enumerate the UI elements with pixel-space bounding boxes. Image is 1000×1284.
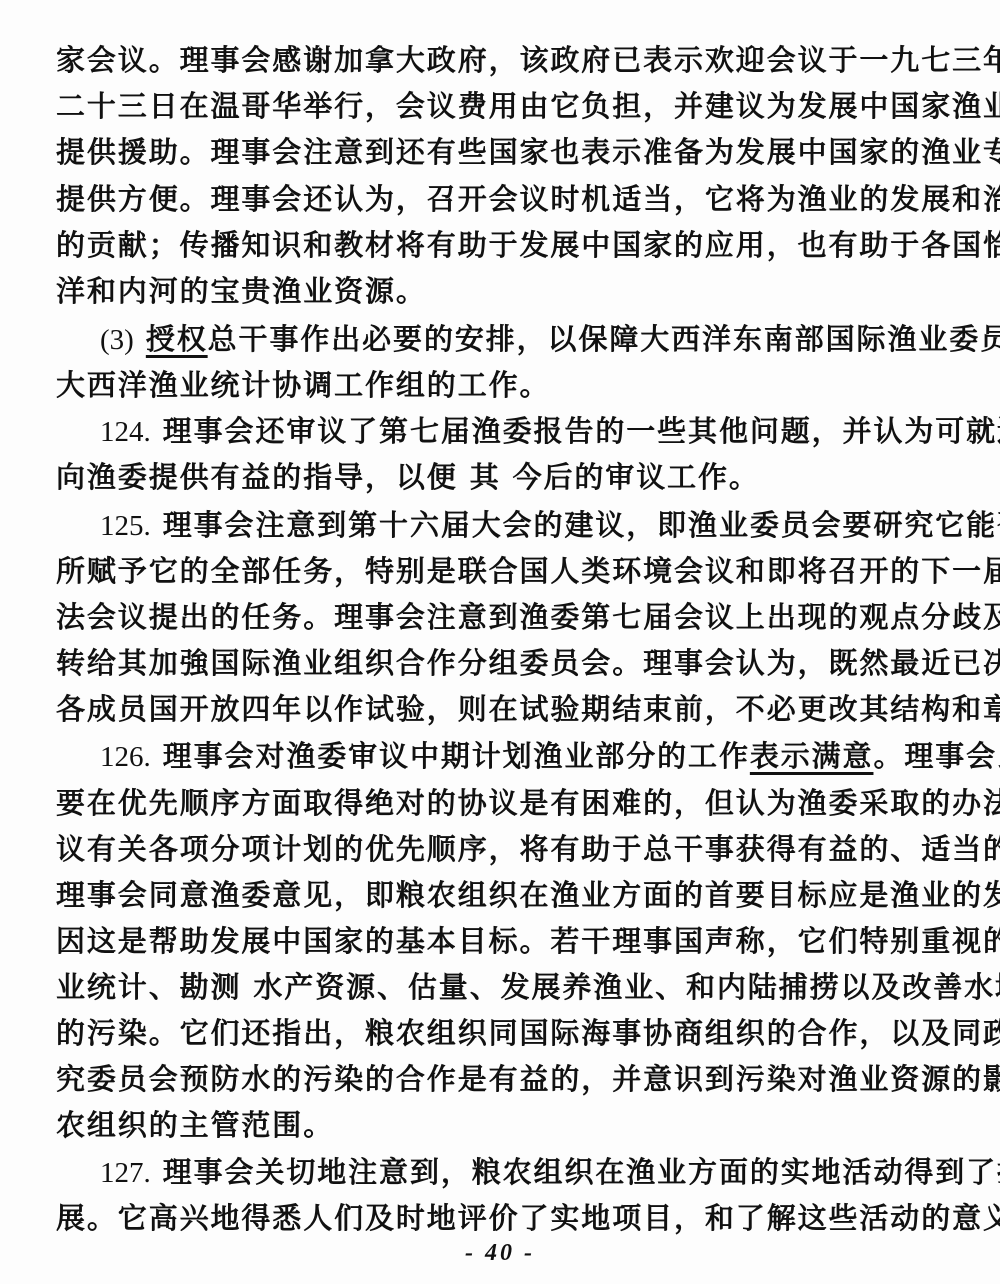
text-line: 究委员会预防水的污染的合作是有益的，并意识到污染对渔业资源的影响是属于粮 xyxy=(56,1056,946,1102)
text-line: 家会议。理事会感谢加拿大政府，该政府已表示欢迎会议于一九七三年二月十三至 xyxy=(56,37,946,83)
paragraph-125: 125.理事会注意到第十六届大会的建议，即渔业委员会要研究它能否担负起 xyxy=(100,502,946,548)
text-line: 展。它高兴地得悉人们及时地评价了实地项目，和了解这些活动的意义，以便及时 xyxy=(56,1195,946,1241)
text-line: 各成员国开放四年以作试验，则在试验期结束前，不必更改其结构和章程。 xyxy=(56,686,946,732)
paragraph-124: 124.理事会还审议了第七届渔委报告的一些其他问题，并认为可就这类问题 xyxy=(100,408,946,454)
text-segment: 理事会对渔委审议中期计划渔业部分的工作 xyxy=(163,739,750,773)
page-number: - 40 - xyxy=(0,1240,1000,1267)
text-line: 法会议提出的任务。理事会注意到渔委第七届会议上出现的观点分歧及决定把问题 xyxy=(56,594,946,640)
paragraph-number: 124. xyxy=(100,416,151,448)
text-line: 所赋予它的全部任务，特别是联合国人类环境会议和即将召开的下一届联合国海洋 xyxy=(56,548,946,594)
paragraph-item-3: (3)授权总干事作出必要的安排，以保障大西洋东南部国际渔业委员会参加 xyxy=(100,316,946,362)
text-segment: 总干事作出必要的安排，以保障大西洋东南部国际渔业委员会参加 xyxy=(208,322,1000,356)
text-line: 要在优先顺序方面取得绝对的协议是有困难的，但认为渔委采取的办法，即全面审 xyxy=(56,780,946,826)
text-segment: 理事会关切地注意到，粮农组织在渔业方面的实地活动得到了持续的发 xyxy=(163,1155,1000,1189)
paragraph-127: 127.理事会关切地注意到，粮农组织在渔业方面的实地活动得到了持续的发 xyxy=(100,1149,946,1195)
text-line: 因这是帮助发展中国家的基本目标。若干理事国声称，它们特别重视的工作是：渔 xyxy=(56,918,946,964)
text-line: 理事会同意渔委意见，即粮农组织在渔业方面的首要目标应是渔业的发展和治理， xyxy=(56,872,946,918)
text-line: 的贡献；传播知识和教材将有助于发展中国家的应用，也有助于各国恰当地开发海 xyxy=(56,222,946,268)
text-line: 业统计、勘测 水产资源、估量、发展养渔业、和内陆捕捞以及改善水域和预防水 xyxy=(56,964,946,1010)
text-line: 农组织的主管范围。 xyxy=(56,1102,946,1148)
text-line: 的污染。它们还指出，粮农组织同国际海事协商组织的合作，以及同政府间海洋研 xyxy=(56,1010,946,1056)
underlined-text: 授权 xyxy=(146,322,208,356)
text-line: 向渔委提供有益的指导，以便 其 今后的审议工作。 xyxy=(56,454,946,500)
paragraph-number: 125. xyxy=(100,510,151,542)
paragraph-number: 126. xyxy=(100,741,151,773)
text-line: 大西洋渔业统计协调工作组的工作。 xyxy=(56,362,946,408)
paragraph-number: 127. xyxy=(100,1157,151,1189)
underlined-text: 表示满意 xyxy=(750,739,874,773)
text-line: 转给其加強国际渔业组织合作分组委员会。理事会认为，既然最近已决定渔委暂向 xyxy=(56,640,946,686)
text-line: 议有关各项分项计划的优先顺序，将有助于总干事获得有益的、适当的估量资料。 xyxy=(56,826,946,872)
text-line: 二十三日在温哥华举行，会议费用由它负担，并建议为发展中国家渔业专家莅会而 xyxy=(56,83,946,129)
item-marker: (3) xyxy=(100,324,134,356)
document-page: 家会议。理事会感谢加拿大政府，该政府已表示欢迎会议于一九七三年二月十三至 二十三… xyxy=(0,0,1000,1284)
text-segment: 。理事会虽然承认， xyxy=(873,739,1000,773)
text-segment: 理事会还审议了第七届渔委报告的一些其他问题，并认为可就这类问题 xyxy=(163,414,1000,448)
text-line: 提供援助。理事会注意到还有些国家也表示准备为发展中国家的渔业专家参加会议 xyxy=(56,129,946,175)
text-segment: 理事会注意到第十六届大会的建议，即渔业委员会要研究它能否担负起 xyxy=(163,508,1000,542)
text-line: 洋和内河的宝贵渔业资源。 xyxy=(56,268,946,314)
text-line: 提供方便。理事会还认为，召开会议时机适当，它将为渔业的发展和治理作出有益 xyxy=(56,176,946,222)
paragraph-126: 126.理事会对渔委审议中期计划渔业部分的工作表示满意。理事会虽然承认， xyxy=(100,733,946,779)
